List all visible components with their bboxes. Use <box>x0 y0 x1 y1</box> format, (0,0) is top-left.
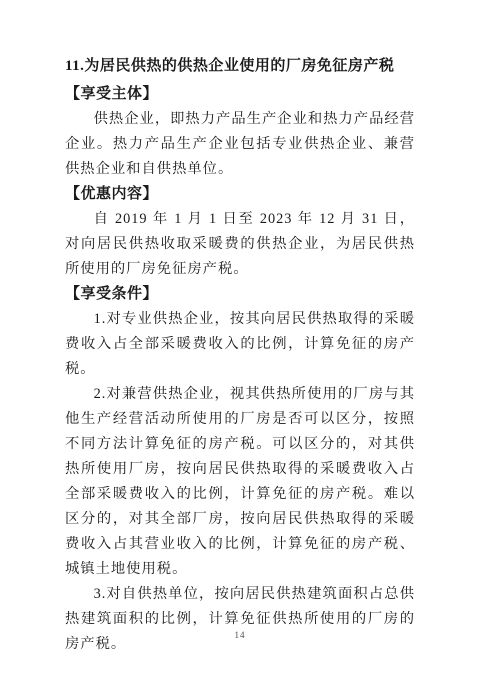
document-page: 11.为居民供热的供热企业使用的厂房免征房产税 【享受主体】 供热企业，即热力产… <box>0 0 480 678</box>
section-conditions: 【享受条件】 1.对专业供热企业，按其向居民供热取得的采暖费收入占全部采暖费收入… <box>65 282 415 657</box>
paragraph-beneficiary: 供热企业，即热力产品生产企业和热力产品经营企业。热力产品生产企业包括专业供热企业… <box>65 107 415 182</box>
condition-item-2: 2.对兼营供热企业，视其供热所使用的厂房与其他生产经营活动所使用的厂房是否可以区… <box>65 382 415 582</box>
paragraph-policy-content: 自 2019 年 1 月 1 日至 2023 年 12 月 31 日，对向居民供… <box>65 207 415 282</box>
condition-item-1: 1.对专业供热企业，按其向居民供热取得的采暖费收入占全部采暖费收入的比例，计算免… <box>65 307 415 382</box>
section-header-conditions: 【享受条件】 <box>65 282 415 307</box>
document-title: 11.为居民供热的供热企业使用的厂房免征房产税 <box>65 54 415 79</box>
section-header-beneficiary: 【享受主体】 <box>65 82 415 107</box>
condition-item-3: 3.对自供热单位，按向居民供热建筑面积占总供热建筑面积的比例，计算免征供热所使用… <box>65 582 415 657</box>
section-policy-content: 【优惠内容】 自 2019 年 1 月 1 日至 2023 年 12 月 31 … <box>65 182 415 282</box>
section-header-policy-content: 【优惠内容】 <box>65 182 415 207</box>
section-beneficiary: 【享受主体】 供热企业，即热力产品生产企业和热力产品经营企业。热力产品生产企业包… <box>65 82 415 182</box>
page-number: 14 <box>0 630 480 640</box>
